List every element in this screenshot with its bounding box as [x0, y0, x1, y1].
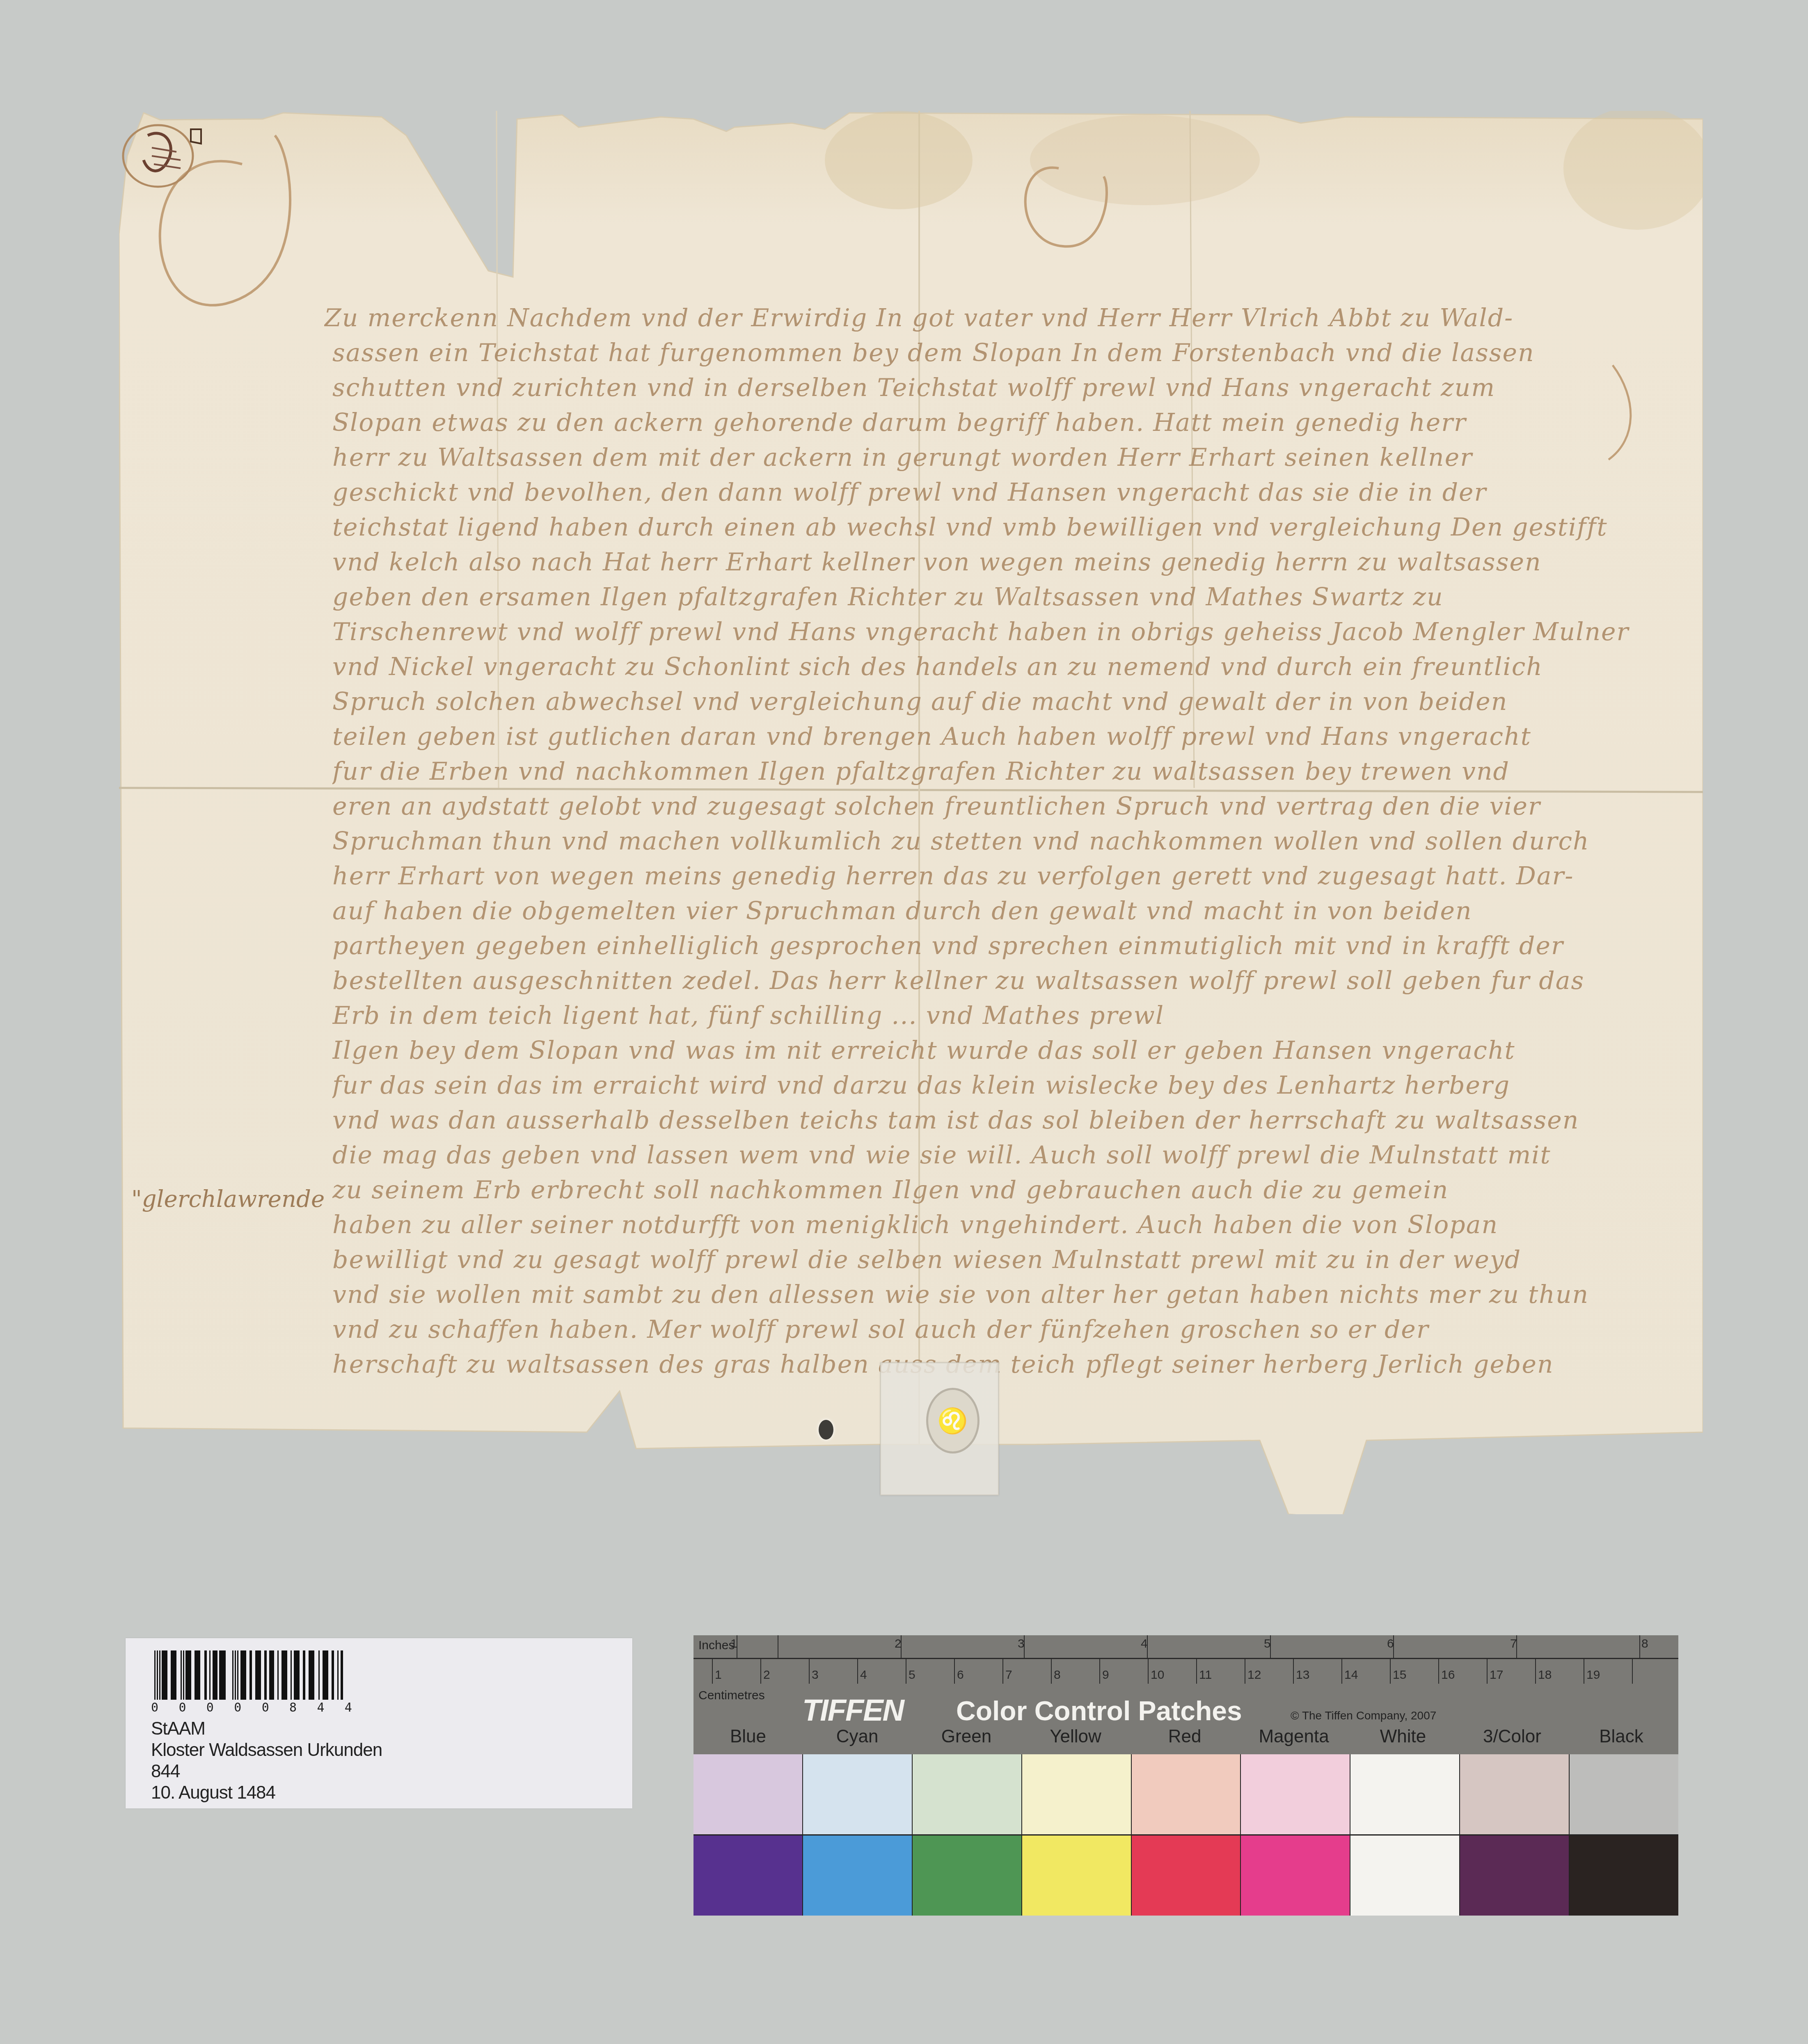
- archive-name: StAAM: [151, 1719, 205, 1739]
- archive-label: 0 0 0 0 0 8 4 4 StAAM Kloster Waldsassen…: [126, 1638, 632, 1808]
- text-line: die mag das geben vnd lassen wem vnd wie…: [332, 1141, 1637, 1174]
- text-line: geschickt vnd bevolhen, den dann wolff p…: [332, 478, 1637, 511]
- barcode-icon: [154, 1650, 343, 1700]
- patch-black-dark: [1570, 1836, 1678, 1916]
- text-line: vnd was dan ausserhalb desselben teichs …: [332, 1106, 1637, 1139]
- cm-ruler: 1 2 3 4 5 6 7 8 9 10 11 12 13 1: [693, 1659, 1678, 1688]
- cm-tick-label: 12: [1247, 1668, 1261, 1682]
- cm-tick-label: 11: [1199, 1668, 1212, 1682]
- cm-tick-label: 15: [1393, 1668, 1406, 1682]
- text-line: Erb in dem teich ligent hat, fünf schill…: [332, 1001, 1637, 1034]
- cm-tick-label: 5: [909, 1668, 915, 1682]
- seal-cover: ♌: [880, 1362, 999, 1495]
- patch-label: Red: [1130, 1726, 1239, 1747]
- text-line: schutten vnd zurichten vnd in derselben …: [332, 373, 1637, 406]
- text-line: bewilligt vnd zu gesagt wolff prewl die …: [332, 1245, 1637, 1278]
- chart-title: Color Control Patches: [956, 1695, 1242, 1726]
- patch-label: Blue: [693, 1726, 803, 1747]
- cm-tick-label: 19: [1586, 1668, 1600, 1682]
- patch-cyan-light: [803, 1754, 913, 1834]
- margin-note: "glerchlawrende: [131, 1186, 325, 1213]
- text-line: eren an aydstatt gelobt vnd zugesagt sol…: [332, 792, 1637, 825]
- text-line: fur das sein das im erraicht wird vnd da…: [332, 1071, 1637, 1104]
- color-control-chart: Inches 1 2 3 4 5 6 7 8 1 2 3: [693, 1635, 1678, 1923]
- text-line: vnd sie wollen mit sambt zu den allessen…: [332, 1280, 1637, 1313]
- patch-label: Yellow: [1021, 1726, 1130, 1747]
- tiffen-logo: TIFFEN: [802, 1693, 904, 1728]
- patch-green-dark: [913, 1836, 1022, 1916]
- cm-tick-label: 13: [1296, 1668, 1309, 1682]
- wax-seal-icon: ♌: [926, 1388, 980, 1453]
- patch-label: Cyan: [803, 1726, 912, 1747]
- cm-tick-label: 7: [1005, 1668, 1012, 1682]
- patch-label: Green: [912, 1726, 1021, 1747]
- text-line: sassen ein Teichstat hat furgenommen bey…: [332, 339, 1637, 371]
- cm-tick-label: 1: [715, 1668, 722, 1682]
- cm-tick-label: 4: [860, 1668, 867, 1682]
- patch-3color-light: [1460, 1754, 1570, 1834]
- text-line: bestellten ausgeschnitten zedel. Das her…: [332, 966, 1637, 999]
- patch-label: White: [1348, 1726, 1458, 1747]
- hole-mark: [819, 1420, 833, 1440]
- cm-tick-label: 3: [812, 1668, 819, 1682]
- cm-tick-label: 14: [1344, 1668, 1358, 1682]
- text-line: Slopan etwas zu den ackern gehorende dar…: [332, 408, 1637, 441]
- patch-blue-light: [693, 1754, 803, 1834]
- patch-black-light: [1570, 1754, 1678, 1834]
- cm-tick-label: 6: [957, 1668, 964, 1682]
- barcode-digit: 4: [317, 1701, 324, 1715]
- cm-tick-label: 10: [1151, 1668, 1164, 1682]
- text-line: teichstat ligend haben durch einen ab we…: [332, 513, 1637, 546]
- cm-tick-label: 16: [1441, 1668, 1455, 1682]
- inch-tick-label: 8: [1641, 1637, 1648, 1651]
- inch-tick-label: 3: [1018, 1637, 1025, 1651]
- text-line: zu seinem Erb erbrecht soll nachkommen I…: [332, 1176, 1637, 1209]
- text-line: haben zu aller seiner notdurfft von meni…: [332, 1211, 1637, 1243]
- patch-red-dark: [1132, 1836, 1241, 1916]
- patch-white-dark: [1350, 1836, 1460, 1916]
- barcode-digit: 0: [151, 1701, 158, 1715]
- barcode-number: 0 0 0 0 0 8 4 4: [151, 1701, 352, 1715]
- patch-label: Magenta: [1239, 1726, 1348, 1747]
- patch-magenta-light: [1241, 1754, 1350, 1834]
- inch-ruler: Inches 1 2 3 4 5 6 7 8: [693, 1635, 1678, 1659]
- text-line: Spruchman thun vnd machen vollkumlich zu…: [332, 827, 1637, 860]
- inch-tick-label: 7: [1510, 1637, 1517, 1651]
- cm-tick-label: 2: [763, 1668, 770, 1682]
- patch-white-light: [1350, 1754, 1460, 1834]
- barcode-digit: 4: [345, 1701, 352, 1715]
- light-patch-row: [693, 1754, 1678, 1836]
- chart-header: Inches 1 2 3 4 5 6 7 8 1 2 3: [693, 1635, 1678, 1754]
- patch-green-light: [913, 1754, 1022, 1834]
- dark-patch-row: [693, 1836, 1678, 1916]
- inch-tick-label: 1: [730, 1637, 737, 1651]
- text-line: geben den ersamen Ilgen pfaltzgrafen Ric…: [332, 583, 1637, 616]
- patch-cyan-dark: [803, 1836, 913, 1916]
- inch-label: Inches: [698, 1639, 735, 1653]
- patch-3color-dark: [1460, 1836, 1570, 1916]
- barcode-digit: 8: [289, 1701, 297, 1715]
- patch-label: Black: [1567, 1726, 1676, 1747]
- text-line: herr Erhart von wegen meins genedig herr…: [332, 862, 1637, 895]
- patch-yellow-dark: [1022, 1836, 1132, 1916]
- cm-tick-label: 17: [1490, 1668, 1503, 1682]
- collection-name: Kloster Waldsassen Urkunden: [151, 1740, 382, 1760]
- cm-tick-label: 8: [1054, 1668, 1061, 1682]
- text-line: Zu merckenn Nachdem vnd der Erwirdig In …: [324, 304, 1637, 336]
- notary-sign-icon: [119, 111, 209, 193]
- inch-tick-label: 2: [895, 1637, 902, 1651]
- text-line: fur die Erben vnd nachkommen Ilgen pfalt…: [332, 757, 1637, 790]
- barcode-digit: 0: [262, 1701, 269, 1715]
- patch-labels: Blue Cyan Green Yellow Red Magenta White…: [693, 1726, 1678, 1751]
- cm-tick-label: 9: [1102, 1668, 1109, 1682]
- document-number: 844: [151, 1761, 180, 1782]
- text-line: partheyen gegeben einhelliglich gesproch…: [332, 932, 1637, 964]
- document-date: 10. August 1484: [151, 1783, 275, 1803]
- patch-red-light: [1132, 1754, 1241, 1834]
- patch-label: 3/Color: [1458, 1726, 1567, 1747]
- inch-tick-label: 4: [1141, 1637, 1148, 1651]
- cm-label: Centimetres: [698, 1689, 765, 1703]
- copyright-notice: © The Tiffen Company, 2007: [1291, 1709, 1436, 1722]
- barcode-digit: 0: [206, 1701, 214, 1715]
- patch-yellow-light: [1022, 1754, 1132, 1834]
- inch-tick-label: 6: [1387, 1637, 1394, 1651]
- patch-blue-dark: [693, 1836, 803, 1916]
- inch-tick-label: 5: [1264, 1637, 1271, 1651]
- text-line: vnd zu schaffen haben. Mer wolff prewl s…: [332, 1315, 1637, 1348]
- text-line: Spruch solchen abwechsel vnd vergleichun…: [332, 687, 1637, 720]
- text-line: teilen geben ist gutlichen daran vnd bre…: [332, 722, 1637, 755]
- text-line: Ilgen bey dem Slopan vnd was im nit erre…: [332, 1036, 1637, 1069]
- text-line: herr zu Waltsassen dem mit der ackern in…: [332, 443, 1637, 476]
- patch-magenta-dark: [1241, 1836, 1350, 1916]
- text-line: Tirschenrewt vnd wolff prewl vnd Hans vn…: [332, 618, 1637, 650]
- barcode-digit: 0: [234, 1701, 241, 1715]
- text-line: auf haben die obgemelten vier Spruchman …: [332, 897, 1637, 929]
- barcode-digit: 0: [179, 1701, 186, 1715]
- cm-tick-label: 18: [1538, 1668, 1552, 1682]
- charter-parchment: Zu merckenn Nachdem vnd der Erwirdig In …: [119, 111, 1703, 1514]
- text-line: vnd Nickel vngeracht zu Schonlint sich d…: [332, 652, 1637, 685]
- text-line: vnd kelch also nach Hat herr Erhart kell…: [332, 548, 1637, 581]
